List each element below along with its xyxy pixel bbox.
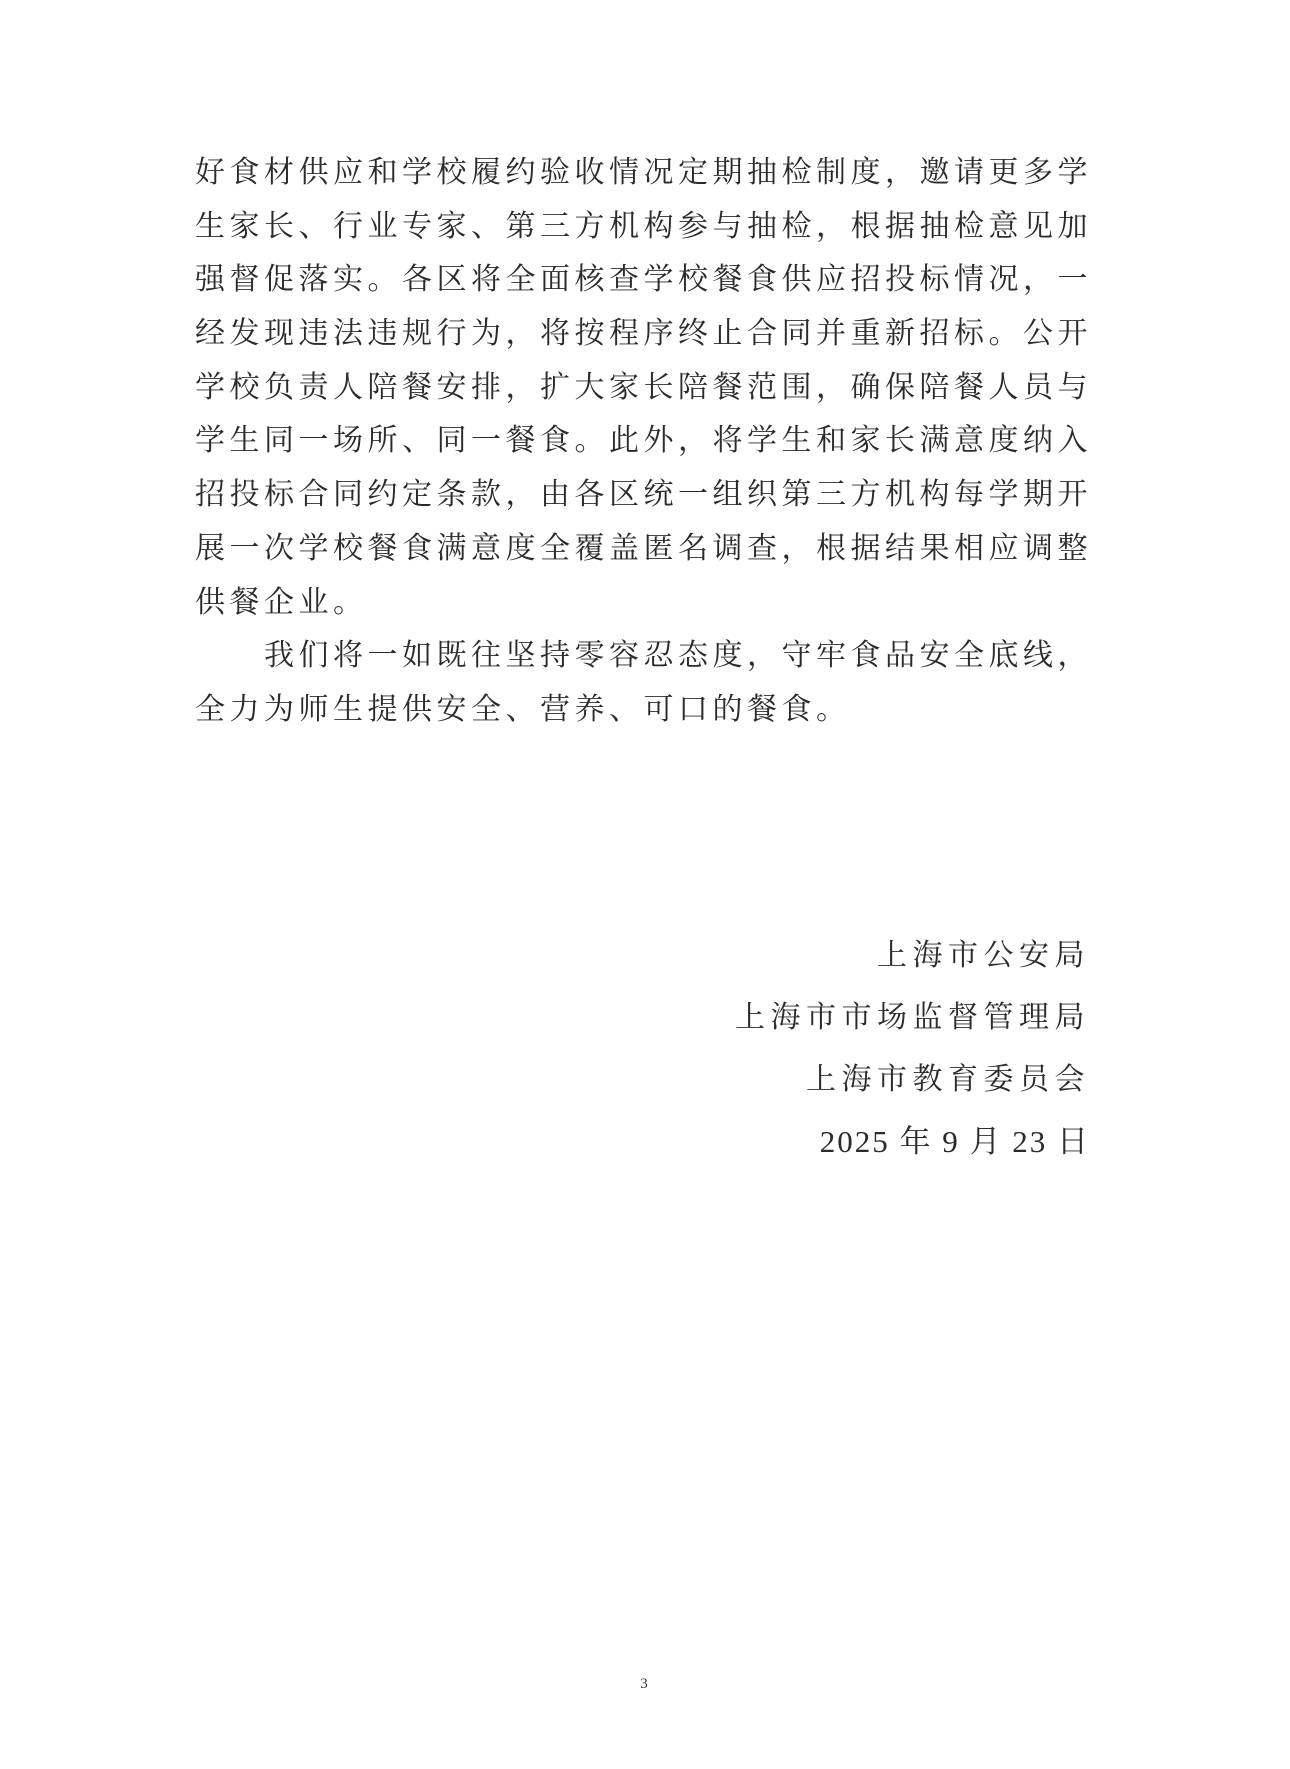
body-line: 展一次学校餐食满意度全覆盖匿名调查，根据结果相应调整 <box>195 522 1115 576</box>
issuer-public-security-bureau: 上海市公安局 <box>735 925 1090 987</box>
page-number: 3 <box>636 1676 652 1693</box>
issuer-education-commission: 上海市教育委员会 <box>735 1049 1090 1111</box>
document-body: 好食材供应和学校履约验收情况定期抽检制度，邀请更多学 生家长、行业专家、第三方机… <box>195 146 1115 737</box>
body-line: 生家长、行业专家、第三方机构参与抽检，根据抽检意见加 <box>195 200 1115 254</box>
body-line: 招投标合同约定条款，由各区统一组织第三方机构每学期开 <box>195 468 1115 522</box>
signature-block: 上海市公安局 上海市市场监督管理局 上海市教育委员会 2025 年 9 月 23… <box>735 925 1090 1173</box>
closing-paragraph-line: 我们将一如既往坚持零容忍态度，守牢食品安全底线， <box>195 629 1115 683</box>
closing-paragraph-line: 全力为师生提供安全、营养、可口的餐食。 <box>195 683 1115 737</box>
body-line: 好食材供应和学校履约验收情况定期抽检制度，邀请更多学 <box>195 146 1115 200</box>
body-line: 强督促落实。各区将全面核查学校餐食供应招投标情况，一 <box>195 253 1115 307</box>
body-line: 学生同一场所、同一餐食。此外，将学生和家长满意度纳入 <box>195 414 1115 468</box>
issuer-market-supervision-bureau: 上海市市场监督管理局 <box>735 987 1090 1049</box>
issue-date: 2025 年 9 月 23 日 <box>735 1111 1090 1173</box>
body-line: 经发现违法违规行为，将按程序终止合同并重新招标。公开 <box>195 307 1115 361</box>
body-line: 学校负责人陪餐安排，扩大家长陪餐范围，确保陪餐人员与 <box>195 361 1115 415</box>
document-page: 好食材供应和学校履约验收情况定期抽检制度，邀请更多学 生家长、行业专家、第三方机… <box>0 0 1290 1769</box>
body-line: 供餐企业。 <box>195 576 1115 630</box>
